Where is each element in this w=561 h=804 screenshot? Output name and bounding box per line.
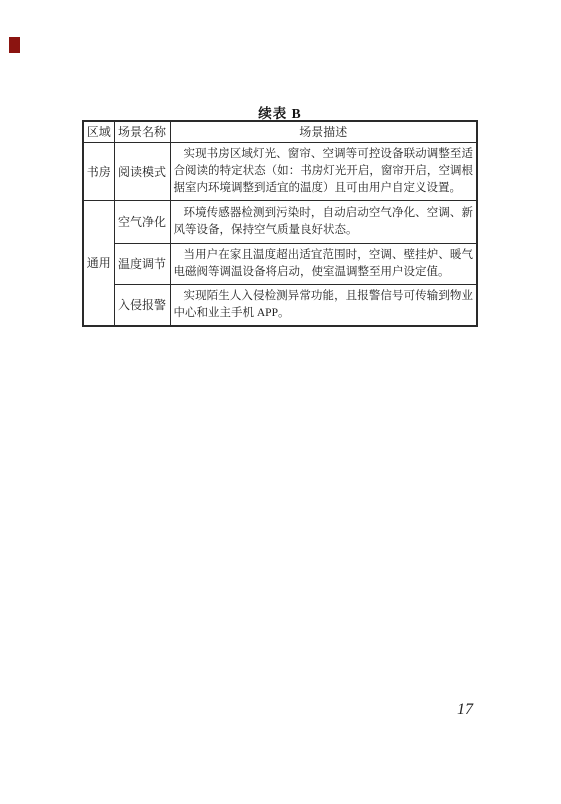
page-number: 17 — [447, 701, 483, 719]
document-page: 续表 B 区域 场景名称 场景描述 书房 阅读模式 实现书房区域灯光、窗帘、空调… — [0, 0, 561, 804]
scene-name-cell: 阅读模式 — [114, 142, 170, 200]
region-cell: 通用 — [83, 200, 114, 326]
scene-desc-cell: 环境传感器检测到污染时，自动启动空气净化、空调、新风等设备，保持空气质量良好状态… — [170, 200, 477, 243]
region-cell: 书房 — [83, 142, 114, 200]
table-row: 书房 阅读模式 实现书房区域灯光、窗帘、空调等可控设备联动调整至适合阅读的特定状… — [83, 142, 477, 200]
table-row: 入侵报警 实现陌生人入侵检测异常功能，且报警信号可传输到物业中心和业主手机 AP… — [83, 284, 477, 326]
red-stamp-mark — [9, 37, 20, 53]
scene-desc-cell: 实现书房区域灯光、窗帘、空调等可控设备联动调整至适合阅读的特定状态（如：书房灯光… — [170, 142, 477, 200]
scene-name-cell: 温度调节 — [114, 243, 170, 284]
header-scene-desc: 场景描述 — [170, 121, 477, 142]
scene-desc-cell: 实现陌生人入侵检测异常功能，且报警信号可传输到物业中心和业主手机 APP。 — [170, 284, 477, 326]
scene-name-cell: 空气净化 — [114, 200, 170, 243]
header-region: 区域 — [83, 121, 114, 142]
table-row: 温度调节 当用户在家且温度超出适宜范围时，空调、壁挂炉、暖气电磁阀等调温设备将启… — [83, 243, 477, 284]
scene-table: 区域 场景名称 场景描述 书房 阅读模式 实现书房区域灯光、窗帘、空调等可控设备… — [82, 120, 478, 327]
table-row: 通用 空气净化 环境传感器检测到污染时，自动启动空气净化、空调、新风等设备，保持… — [83, 200, 477, 243]
table-title: 续表 B — [82, 102, 478, 122]
header-scene-name: 场景名称 — [114, 121, 170, 142]
scene-desc-cell: 当用户在家且温度超出适宜范围时，空调、壁挂炉、暖气电磁阀等调温设备将启动，使室温… — [170, 243, 477, 284]
scene-name-cell: 入侵报警 — [114, 284, 170, 326]
table-header-row: 区域 场景名称 场景描述 — [83, 121, 477, 142]
